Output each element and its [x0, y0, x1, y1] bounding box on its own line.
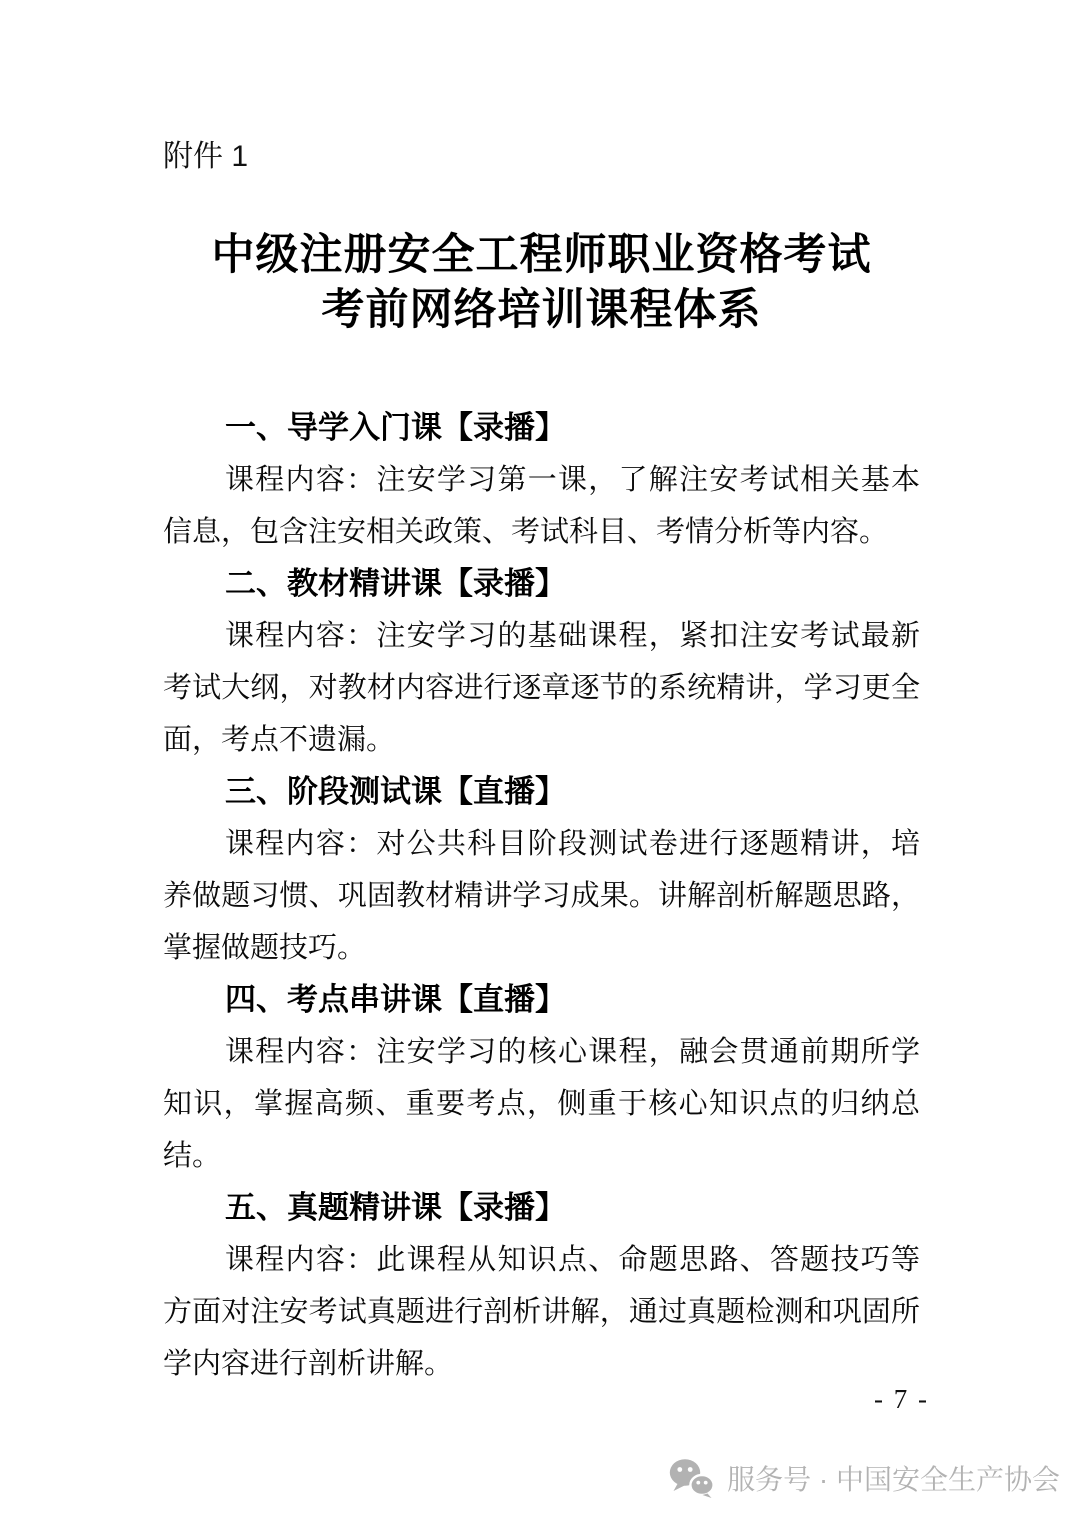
footer-label: 服务号 · 中国安全生产协会 [727, 1458, 1060, 1498]
page-number: - 7 - [874, 1383, 929, 1415]
section-1: 一、导学入门课【录播】 课程内容：注安学习第一课，了解注安考试相关基本信息，包含… [163, 402, 920, 558]
document-title-line1: 中级注册安全工程师职业资格考试 [163, 228, 920, 283]
wechat-icon [669, 1458, 715, 1498]
section-2-body: 课程内容：注安学习的基础课程，紧扣注安考试最新考试大纲，对教材内容进行逐章逐节的… [163, 610, 920, 766]
section-1-heading: 一、导学入门课【录播】 [163, 402, 920, 454]
section-2: 二、教材精讲课【录播】 课程内容：注安学习的基础课程，紧扣注安考试最新考试大纲，… [163, 558, 920, 766]
section-5-heading: 五、真题精讲课【录播】 [163, 1182, 920, 1234]
section-3: 三、阶段测试课【直播】 课程内容：对公共科目阶段测试卷进行逐题精讲，培养做题习惯… [163, 766, 920, 974]
document-title-line2: 考前网络培训课程体系 [163, 283, 920, 338]
document-title: 中级注册安全工程师职业资格考试 考前网络培训课程体系 [163, 228, 920, 338]
wechat-service-footer: 服务号 · 中国安全生产协会 [669, 1458, 1060, 1498]
section-4-body: 课程内容：注安学习的核心课程，融会贯通前期所学知识，掌握高频、重要考点，侧重于核… [163, 1026, 920, 1182]
section-5-body: 课程内容：此课程从知识点、命题思路、答题技巧等方面对注安考试真题进行剖析讲解，通… [163, 1234, 920, 1390]
attachment-label: 附件 1 [163, 136, 920, 178]
section-1-body: 课程内容：注安学习第一课，了解注安考试相关基本信息，包含注安相关政策、考试科目、… [163, 454, 920, 558]
section-list: 一、导学入门课【录播】 课程内容：注安学习第一课，了解注安考试相关基本信息，包含… [163, 402, 920, 1390]
section-4-heading: 四、考点串讲课【直播】 [163, 974, 920, 1026]
section-3-body: 课程内容：对公共科目阶段测试卷进行逐题精讲，培养做题习惯、巩固教材精讲学习成果。… [163, 818, 920, 974]
document-content: 附件 1 中级注册安全工程师职业资格考试 考前网络培训课程体系 一、导学入门课【… [163, 0, 920, 1390]
section-3-heading: 三、阶段测试课【直播】 [163, 766, 920, 818]
section-5: 五、真题精讲课【录播】 课程内容：此课程从知识点、命题思路、答题技巧等方面对注安… [163, 1182, 920, 1390]
document-page: 附件 1 中级注册安全工程师职业资格考试 考前网络培训课程体系 一、导学入门课【… [0, 0, 1080, 1527]
section-4: 四、考点串讲课【直播】 课程内容：注安学习的核心课程，融会贯通前期所学知识，掌握… [163, 974, 920, 1182]
section-2-heading: 二、教材精讲课【录播】 [163, 558, 920, 610]
